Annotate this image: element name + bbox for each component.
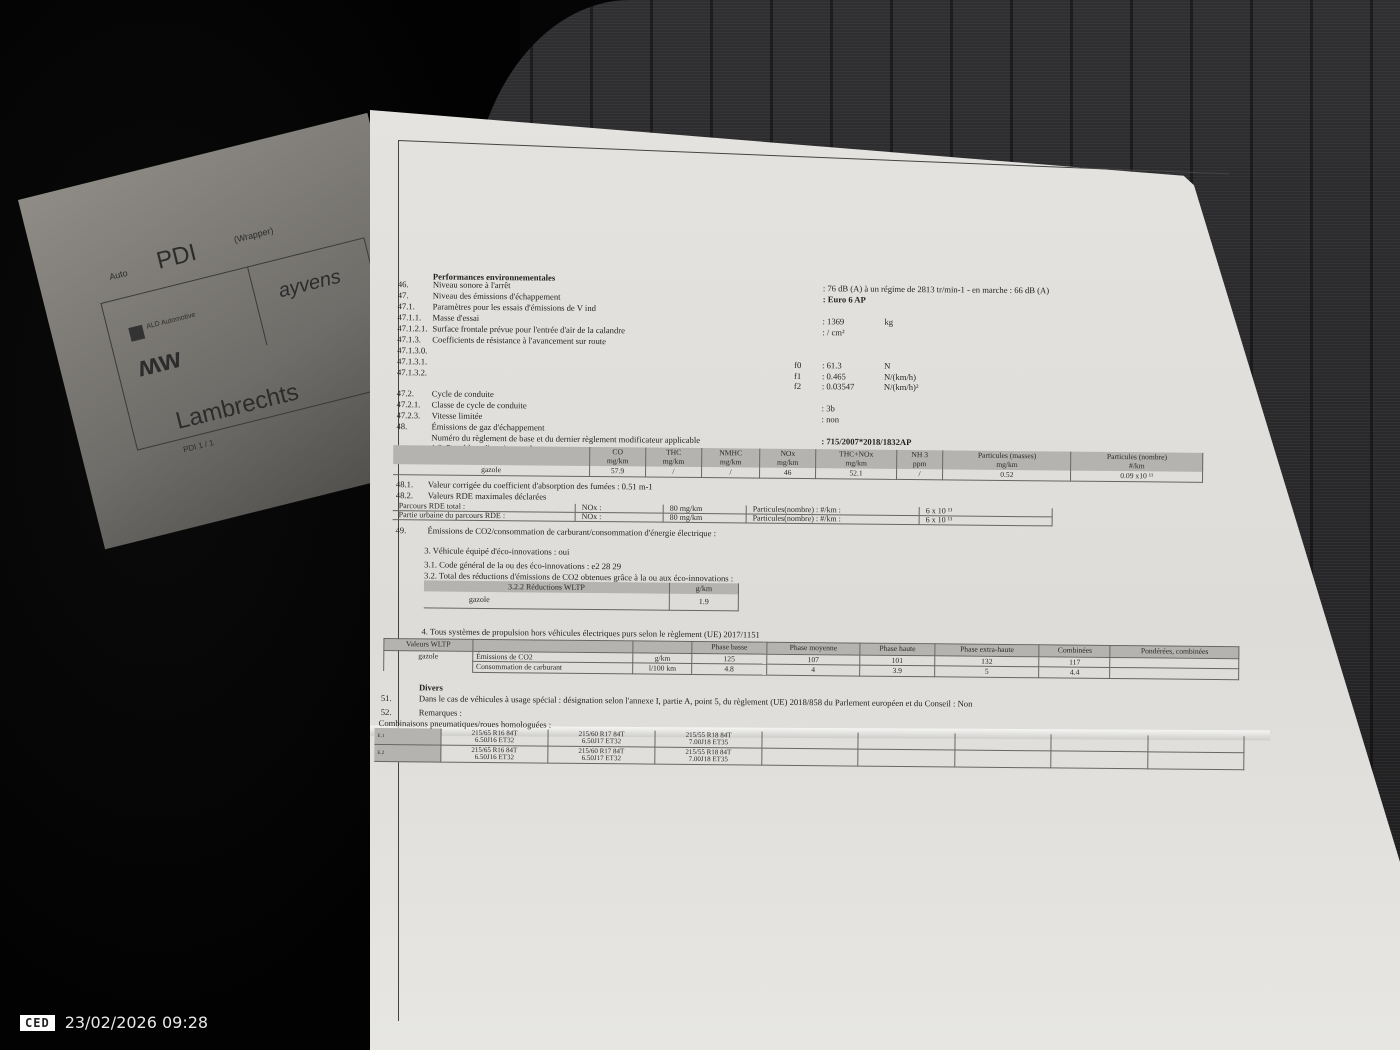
tyre-empty-cell xyxy=(858,733,955,750)
wltp-fuel: gazole xyxy=(384,650,473,672)
spec-value: : 61.3 xyxy=(822,361,842,370)
spec-number: 47.1.3.2. xyxy=(397,368,427,377)
tyre-row-label: E.2 xyxy=(374,744,441,762)
spec-number: 47. xyxy=(398,291,409,300)
emissions-cell: 52.1 xyxy=(816,469,897,480)
spec-number: 48. xyxy=(396,422,407,431)
tyre-cell: 215/65 R16 84T 6.50J16 ET32 xyxy=(441,729,548,747)
emissions-header xyxy=(393,445,590,466)
eco-line-2: 3.1. Code général de la ou des éco-innov… xyxy=(424,560,621,570)
emissions-header: NH 3 ppm xyxy=(896,450,943,470)
spec-label: Classe de cycle de conduite xyxy=(432,400,527,410)
spec-coef: f1 xyxy=(794,372,801,381)
spec-label: Vitesse limitée xyxy=(432,411,483,420)
tyre-empty-cell xyxy=(1147,752,1244,770)
emissions-header: Particules (masses) mg/km xyxy=(943,450,1071,471)
spec-value: : 1369 xyxy=(822,317,844,326)
ald-logo-text: ALD Automotive xyxy=(146,312,196,331)
spec-value: : 76 dB (A) à un régime de 2813 tr/min-1… xyxy=(823,284,1049,295)
timestamp: 23/02/2026 09:28 xyxy=(65,1013,208,1032)
eco-value: 1.9 xyxy=(669,594,738,611)
spec-label: Cycle de conduite xyxy=(432,389,494,398)
emissions-header: CO mg/km xyxy=(590,447,646,467)
emissions-cell: / xyxy=(645,467,701,478)
wltp-header: Valeurs WLTP xyxy=(384,639,473,652)
tyre-empty-cell xyxy=(1147,735,1244,752)
spec-unit: kg xyxy=(884,318,893,327)
spec-number: 47.1.3.1. xyxy=(397,357,427,366)
tyre-empty-cell xyxy=(1051,734,1148,751)
spec-label: Niveau sonore à l'arrêt xyxy=(433,280,511,289)
rde-cell: 80 mg/km xyxy=(663,513,746,523)
emissions-cell: 0.09 x10 ¹¹ xyxy=(1071,471,1203,482)
spec-value: : 715/2007*2018/1832AP xyxy=(821,437,911,446)
spec-label: Paramètres pour les essais d'émissions d… xyxy=(433,302,596,312)
brand-logo: ayvens xyxy=(276,266,343,304)
pdi-small-left: Auto xyxy=(108,268,128,282)
spec-number: 47.2. xyxy=(397,389,414,398)
pdi-divider xyxy=(247,267,267,345)
tyre-empty-cell xyxy=(955,733,1052,750)
spec-number: 47.1.3.0. xyxy=(397,346,427,355)
spec-label: Niveau des émissions d'échappement xyxy=(433,291,561,301)
tyre-empty-cell xyxy=(762,748,859,766)
ald-logo-icon xyxy=(128,325,145,342)
spec-number: 47.2.1. xyxy=(397,400,421,409)
emissions-header: NOx mg/km xyxy=(760,449,816,469)
wltp-cell: 4.8 xyxy=(692,664,766,675)
wltp-cell: 101 xyxy=(860,655,934,666)
wltp-header xyxy=(633,641,692,653)
wltp-cell: 117 xyxy=(1039,657,1110,668)
spec-number: 47.1.2.1. xyxy=(397,324,427,333)
tyre-cell: 215/60 R17 84T 6.50J17 ET32 xyxy=(548,746,655,764)
eco-line-1: 3. Véhicule équipé d'éco-innovations : o… xyxy=(424,546,569,556)
wltp-cell: 4 xyxy=(766,664,860,675)
tyre-cell: 215/60 R17 84T 6.50J17 ET32 xyxy=(548,730,655,748)
wltp-cell: 3.9 xyxy=(860,665,934,676)
wltp-cell: Consommation de carburant xyxy=(472,662,633,674)
tyre-empty-cell xyxy=(955,750,1052,768)
wltp-cell: 5 xyxy=(934,666,1039,678)
spec-label: Coefficients de résistance à l'avancemen… xyxy=(432,335,606,345)
spec-coef: f2 xyxy=(794,382,801,391)
spec-value: : / cm² xyxy=(822,328,844,337)
pdi-small-bottom: PDI 1 / 1 xyxy=(182,438,214,454)
spec-number: 47.2.3. xyxy=(397,411,421,420)
rde-cell: 6 x 10 ¹¹ xyxy=(919,516,1052,526)
spec-number: 46. xyxy=(398,280,409,289)
tyre-cell: 215/55 R18 84T 7.00J18 ET35 xyxy=(655,747,762,765)
tyre-empty-cell xyxy=(762,732,859,749)
wltp-header: Phase basse xyxy=(692,641,766,653)
emissions-cell: 57.9 xyxy=(590,466,646,477)
tyre-cell: 215/55 R18 84T 7.00J18 ET35 xyxy=(655,731,762,749)
spec-number: 47.1. xyxy=(398,302,415,311)
wltp-cell: 125 xyxy=(692,653,766,664)
wltp-cell: 4.4 xyxy=(1039,667,1110,678)
pdi-logo-box: ALD Automotive ʍw ayvens xyxy=(100,237,401,450)
spec-unit: N/(km/h) xyxy=(884,373,916,382)
tyre-empty-cell xyxy=(858,749,955,767)
spec-coef: f0 xyxy=(794,361,801,370)
pdi-small-right: (Wrapper) xyxy=(233,225,275,244)
spec-label: Émissions de gaz d'échappement xyxy=(431,422,544,432)
spec-value: : Euro 6 AP xyxy=(823,295,866,304)
emissions-header: NMHC mg/km xyxy=(701,448,760,468)
spec-label: Masse d'essai xyxy=(433,313,480,322)
wltp-cell: l/100 km xyxy=(633,663,692,674)
eco-fuel: gazole xyxy=(424,592,670,611)
spec-label: Surface frontale prévue pour l'entrée d'… xyxy=(432,324,625,334)
wltp-cell: g/km xyxy=(633,653,692,664)
wltp-cell xyxy=(1110,668,1239,680)
spec-value: : non xyxy=(822,415,840,424)
ced-logo: CED xyxy=(20,1015,55,1031)
w-logo-icon: ʍw xyxy=(134,342,184,384)
spec-unit: N/(km/h)² xyxy=(884,383,919,392)
wltp-header: Phase haute xyxy=(860,643,934,655)
emissions-cell: / xyxy=(701,467,759,478)
rde-cell: NOx : xyxy=(575,512,663,522)
spec-number: 47.1.3. xyxy=(397,335,421,344)
wltp-header: Phase moyenne xyxy=(766,642,860,655)
rde-cell: Particules(nombre) : #/km : xyxy=(746,514,919,525)
tyre-row-label: E.1 xyxy=(374,728,441,745)
spec-value: : 0.465 xyxy=(822,372,846,381)
spec-number: 47.1.1. xyxy=(398,313,422,322)
divers-title: Divers xyxy=(419,683,443,692)
rde-cell: Partie urbaine du parcours RDE : xyxy=(393,511,576,522)
emissions-cell: 46 xyxy=(760,468,816,479)
spec-value: : 3b xyxy=(822,404,835,413)
wltp-header: Combinées xyxy=(1039,645,1110,657)
tyre-empty-cell xyxy=(1051,751,1148,769)
eco-header-2: g/km xyxy=(669,583,738,595)
emissions-header: THC+NOx mg/km xyxy=(816,449,897,469)
emissions-cell: / xyxy=(896,469,942,480)
spec-value: : 0.03547 xyxy=(822,382,855,391)
emissions-cell: gazole xyxy=(393,465,590,477)
wltp-header: Phase extra-haute xyxy=(935,644,1040,657)
emissions-cell: 0.52 xyxy=(943,470,1071,481)
emissions-header: THC mg/km xyxy=(646,448,702,468)
eco-reduction-table: 3.2.2 Réductions WLTP g/km gazole 1.9 xyxy=(424,580,739,611)
spec-unit: N xyxy=(884,362,890,371)
tyre-cell: 215/65 R16 84T 6.50J16 ET32 xyxy=(441,745,548,763)
camera-timestamp-overlay: CED 23/02/2026 09:28 xyxy=(20,1013,208,1032)
pdi-title: PDI xyxy=(154,239,200,276)
emissions-header: Particules (nombre) #/km xyxy=(1071,452,1203,473)
